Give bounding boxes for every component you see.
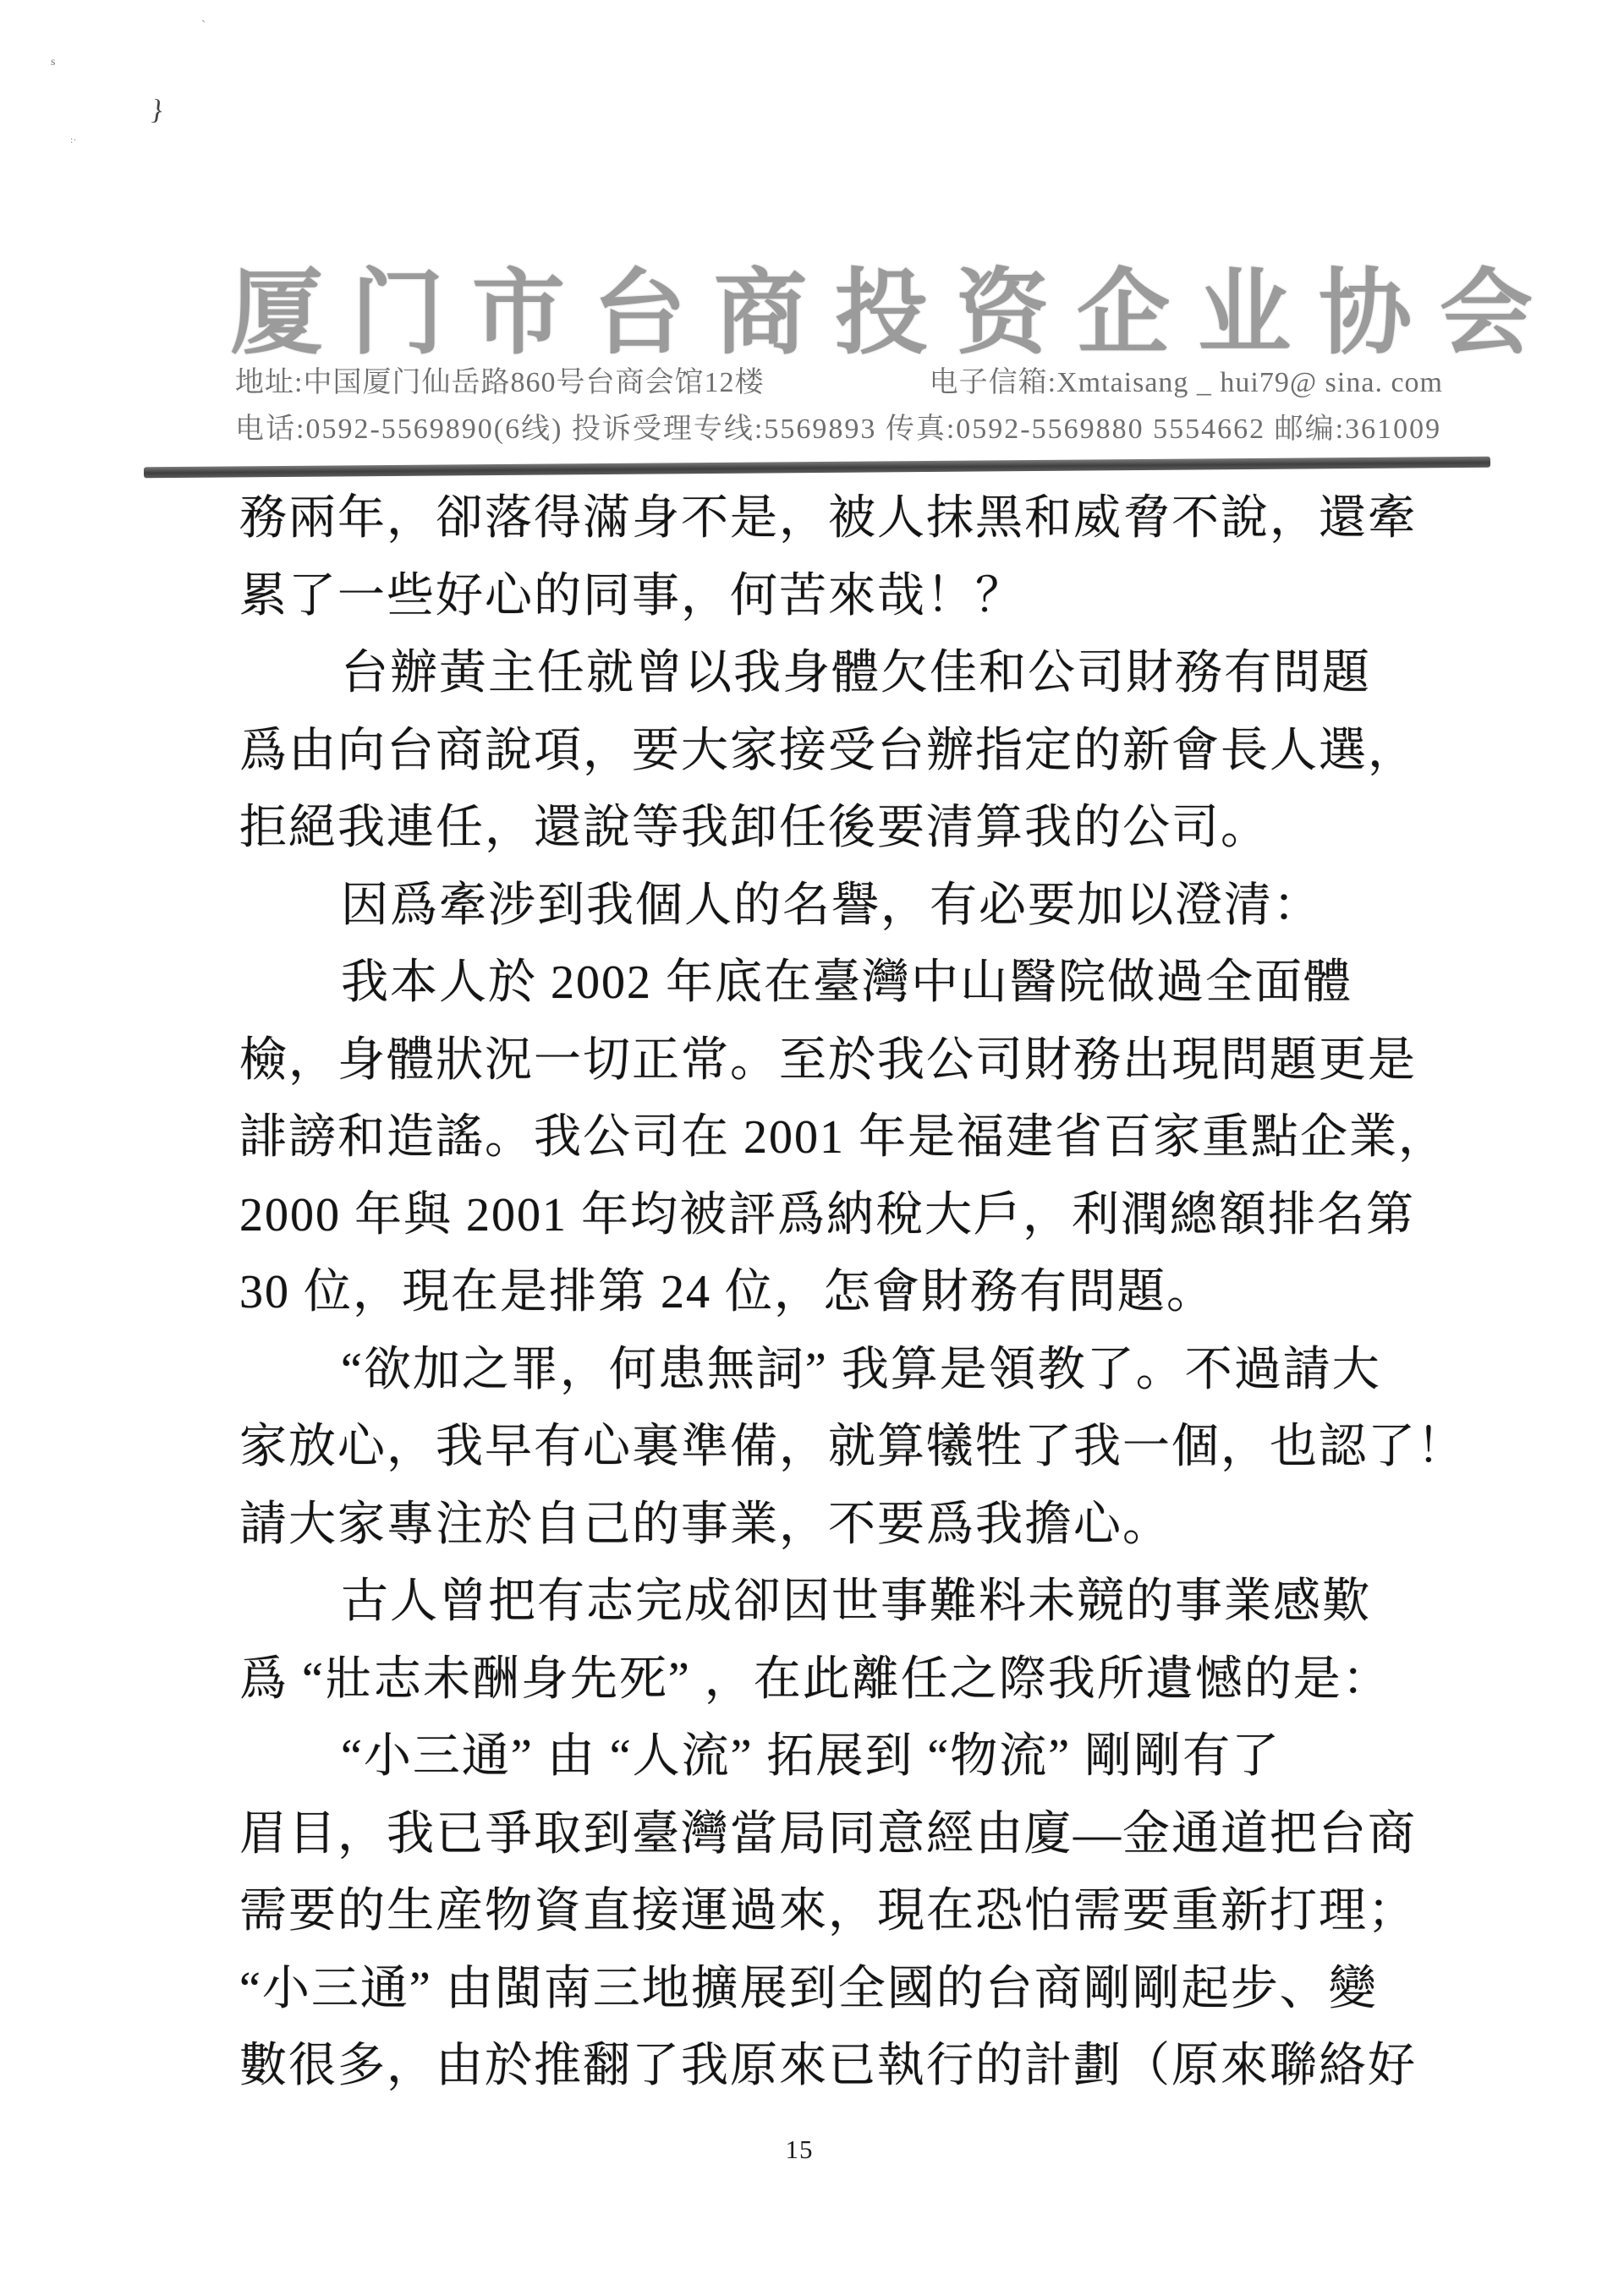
email-text: 电子信箱:Xmtaisang _ hui79@ sina. com (930, 359, 1443, 400)
scan-artifact: s (51, 56, 55, 69)
body-line: 30 位，現在是排第 24 位，怎會財務有問題。 (239, 1254, 1424, 1332)
page-footer: 15 (0, 2134, 1599, 2165)
body-line: 我本人於 2002 年底在臺灣中山醫院做過全面體 (239, 945, 1424, 1022)
body-line: 2000 年與 2001 年均被評爲納稅大戶，利潤總額排名第 (239, 1177, 1424, 1255)
body-line: 務兩年，卻落得滿身不是，被人抹黑和威脅不說，還牽 (239, 480, 1424, 558)
body-line: “小三通” 由 “人流” 拓展到 “物流” 剛剛有了 (239, 1718, 1424, 1796)
body-line: 台辦黃主任就曾以我身體欠佳和公司財務有問題 (239, 635, 1424, 713)
scan-artifact: :· (70, 134, 76, 146)
body-line: 需要的生産物資直接運過來，現在恐怕需要重新打理； (239, 1873, 1424, 1951)
contact-row-1: 地址:中国厦门仙岳路860号台商会馆12楼 电子信箱:Xmtaisang _ h… (235, 359, 1443, 400)
body-line: 因爲牽涉到我個人的名譽，有必要加以澄清： (239, 868, 1424, 945)
address-text: 地址:中国厦门仙岳路860号台商会馆12楼 (235, 359, 764, 400)
body-line: 古人曾把有志完成卻因世事難料未競的事業感歎 (239, 1564, 1424, 1641)
body-line: 家放心，我早有心裏準備，就算犧牲了我一個，也認了！ (239, 1409, 1424, 1487)
body-line: 誹謗和造謠。我公司在 2001 年是福建省百家重點企業， (239, 1099, 1424, 1177)
body-line: 請大家專注於自己的事業，不要爲我擔心。 (239, 1487, 1424, 1564)
body-line: 爲 “壯志未酬身先死” ，在此離任之際我所遺憾的是： (239, 1641, 1424, 1719)
scan-artifact: ˎ (201, 8, 206, 24)
body-line: 累了一些好心的同事，何苦來哉！？ (239, 558, 1424, 636)
letterhead-divider-rule (144, 457, 1490, 479)
body-line: 檢，身體狀況一切正常。至於我公司財務出現問題更是 (239, 1022, 1424, 1100)
body-line: “欲加之罪，何患無詞” 我算是領教了。不過請大 (239, 1332, 1424, 1410)
contact-row-2: 电话:0592-5569890(6线) 投诉受理专线:5569893 传真:05… (235, 405, 1443, 447)
organization-title: 厦门市台商投资企业协会 (230, 238, 1465, 372)
scanned-letter-page: } s :· ˎ 厦门市台商投资企业协会 地址:中国厦门仙岳路860号台商会馆1… (0, 0, 1624, 2296)
page-number: 15 (786, 2134, 814, 2164)
phone-fax-postcode-text: 电话:0592-5569890(6线) 投诉受理专线:5569893 传真:05… (235, 414, 1441, 445)
letter-body-text: 務兩年，卻落得滿身不是，被人抹黑和威脅不說，還牽 累了一些好心的同事，何苦來哉！… (239, 480, 1424, 2106)
body-line: 數很多，由於推翻了我原來已執行的計劃（原來聯絡好 (239, 2028, 1424, 2106)
body-line: 眉目，我已爭取到臺灣當局同意經由廈—金通道把台商 (239, 1796, 1424, 1874)
body-line: “小三通” 由閩南三地擴展到全國的台商剛剛起步、變 (239, 1951, 1424, 2029)
body-line: 拒絕我連任，還說等我卸任後要清算我的公司。 (239, 790, 1424, 868)
body-line: 爲由向台商說項，要大家接受台辦指定的新會長人選， (239, 713, 1424, 791)
scan-artifact: } (148, 94, 166, 128)
